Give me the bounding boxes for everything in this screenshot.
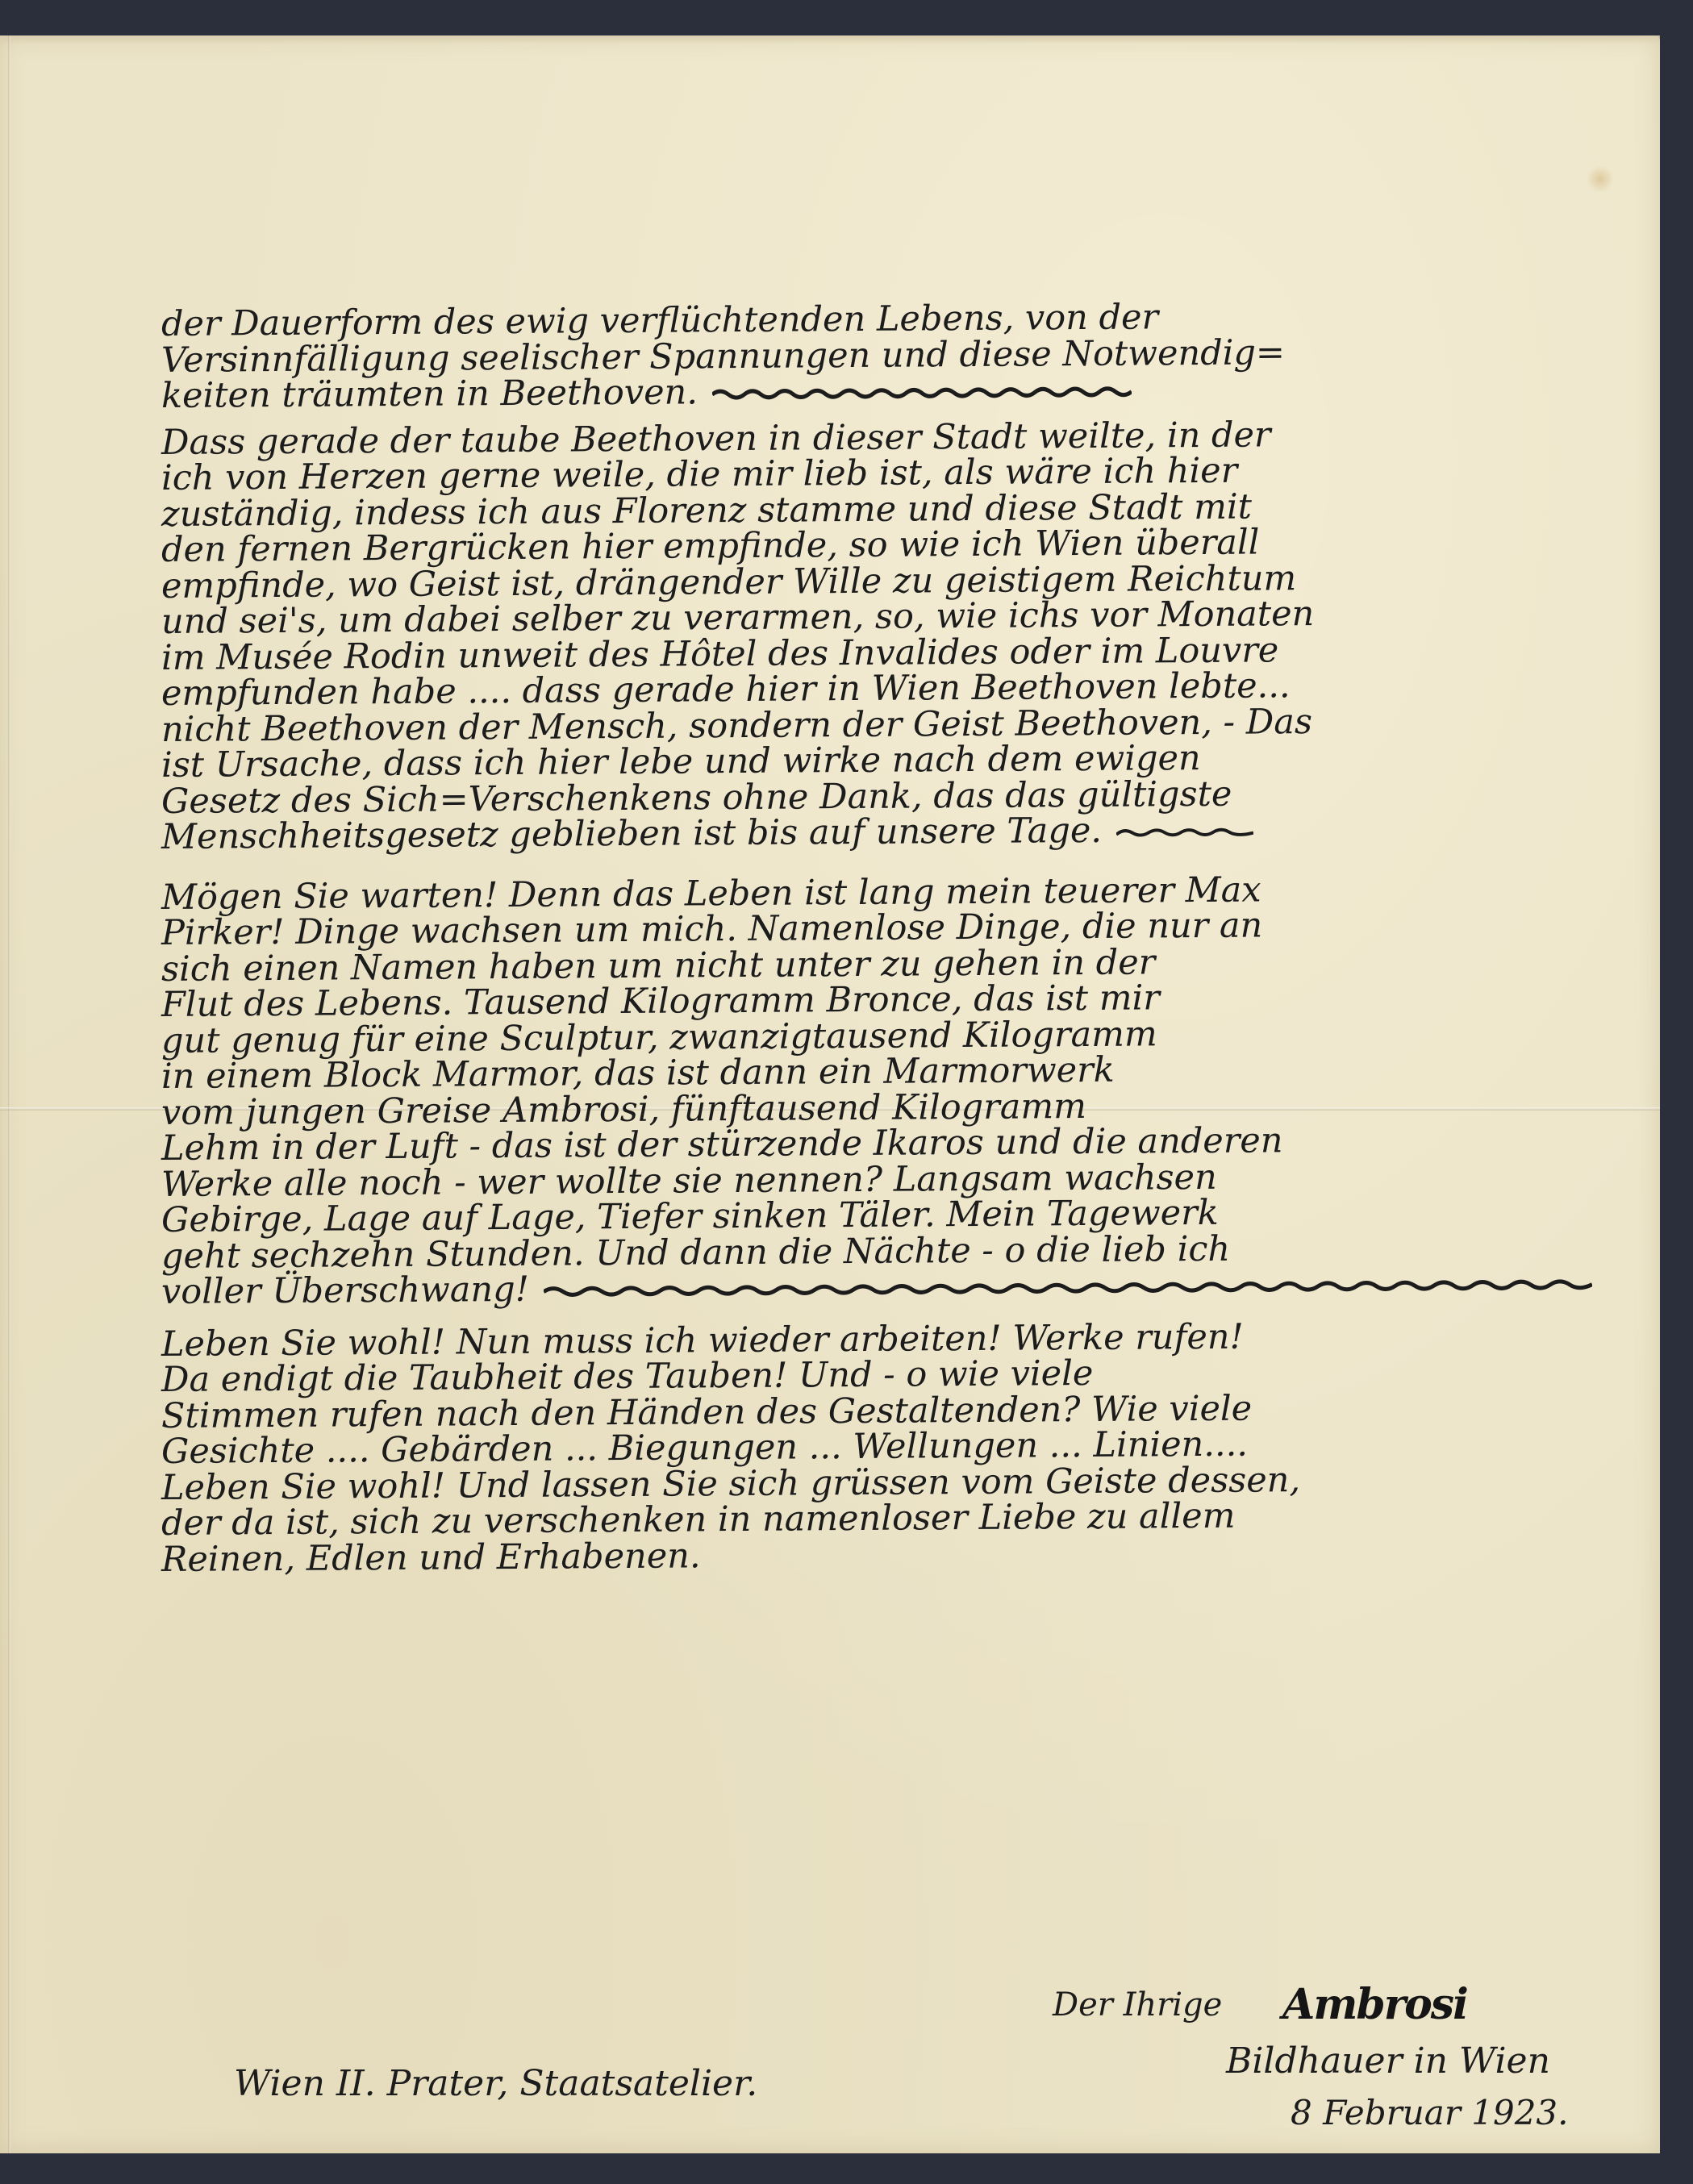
- paragraph-3: Mögen Sie warten! Denn das Leben ist lan…: [161, 880, 1613, 1311]
- signature: Ambrosi: [1282, 1980, 1467, 2029]
- flourish-line-icon: [1116, 826, 1253, 840]
- letter-date: 8 Februar 1923.: [1291, 2093, 1569, 2132]
- flourish-line-icon: [712, 386, 1132, 402]
- text-line: voller Überschwang!: [161, 1264, 1613, 1310]
- paper-stain: [1587, 165, 1614, 193]
- text-line-content: keiten träumten in Beethoven.: [161, 372, 698, 416]
- sender-address: Wien II. Prater, Staatsatelier.: [234, 2063, 757, 2104]
- paragraph-2: Dass gerade der taube Beethoven in diese…: [161, 425, 1613, 856]
- closing-salutation: Der Ihrige: [1053, 1986, 1222, 2024]
- signature-title: Bildhauer in Wien: [1226, 2040, 1550, 2082]
- text-line: Menschheitsgesetz geblieben ist bis auf …: [161, 809, 1613, 855]
- text-line: keiten träumten in Beethoven.: [161, 368, 1613, 414]
- vertical-fold-crease: [8, 35, 10, 2153]
- text-line: Reinen, Edlen und Erhabenen.: [161, 1532, 1613, 1578]
- paragraph-1: der Dauerform des ewig verflüchtenden Le…: [161, 306, 1613, 415]
- letter-body: der Dauerform des ewig verflüchtenden Le…: [161, 306, 1613, 1578]
- flourish-line-icon: [544, 1278, 1592, 1298]
- text-line-content: voller Überschwang!: [161, 1269, 529, 1312]
- paragraph-4: Leben Sie wohl! Nun muss ich wieder arbe…: [161, 1327, 1613, 1578]
- text-line-content: Menschheitsgesetz geblieben ist bis auf …: [161, 811, 1102, 857]
